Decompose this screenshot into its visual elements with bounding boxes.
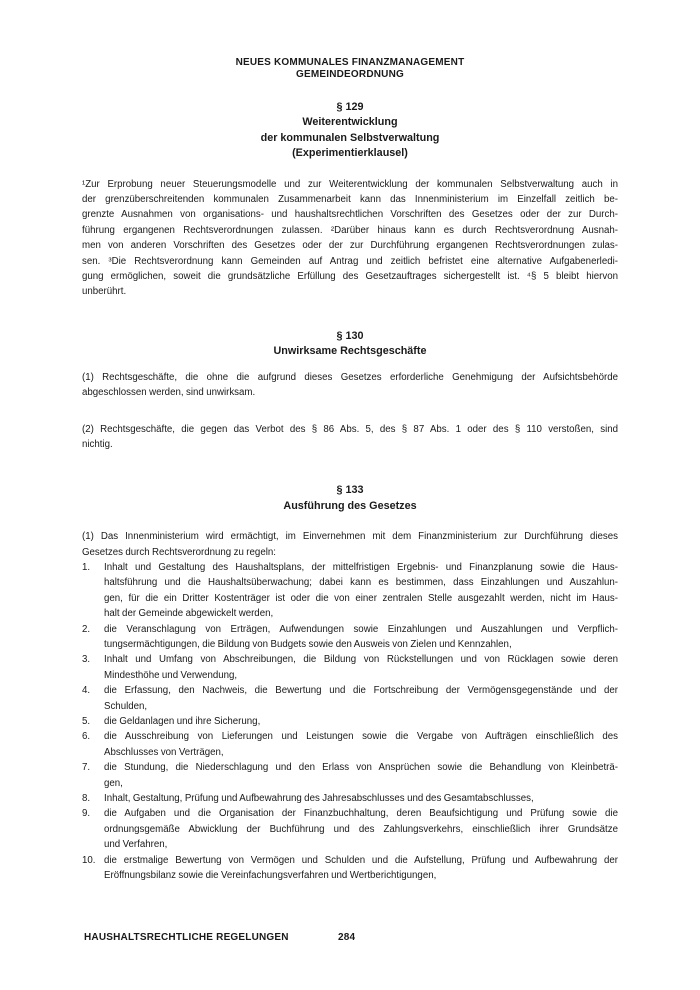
list-item-line: die Stundung, die Niederschlagung und de… [104,760,618,775]
list-item-line: gen, [104,776,618,791]
section-129-paragraph: ¹Zur Erprobung neuer Steuerungsmodelle u… [82,177,618,300]
paragraph-line: ¹Zur Erprobung neuer Steuerungsmodelle u… [82,177,618,192]
list-item: 10. die erstmalige Bewertung von Vermöge… [82,853,618,884]
section-133-list: 1. Inhalt und Gestaltung des Haushaltspl… [82,560,618,884]
list-item-line: die Aufgaben und die Organisation der Fi… [104,806,618,821]
list-item-line: halt der Gemeinde abgewickelt werden, [104,606,618,621]
list-item-number: 10. [82,853,104,884]
section-title-line: Weiterentwicklung [82,115,618,130]
section-129-heading: § 129 Weiterentwicklung der kommunalen S… [82,100,618,162]
document-header: NEUES KOMMUNALES FINANZMANAGEMENT GEMEIN… [82,57,618,80]
paragraph-line: führung ergangenen Rechtsverordnungen zu… [82,223,618,238]
list-item-line: die erstmalige Bewertung von Vermögen un… [104,853,618,868]
list-item-number: 5. [82,714,104,729]
footer-title: HAUSHALTSRECHTLICHE REGELUNGEN [84,932,289,943]
paragraph-line: (1) Das Innenministerium wird ermächtigt… [82,529,618,544]
list-item-line: Schulden, [104,699,618,714]
section-133-heading: § 133 Ausführung des Gesetzes [82,483,618,514]
section-title-line: Ausführung des Gesetzes [82,499,618,514]
list-item: 1. Inhalt und Gestaltung des Haushaltspl… [82,560,618,622]
paragraph-line: (2) Rechtsgeschäfte, die gegen das Verbo… [82,422,618,437]
list-item-line: Abschlusses von Verträgen, [104,745,618,760]
list-item-line: die Veranschlagung von Erträgen, Aufwend… [104,622,618,637]
list-item-number: 1. [82,560,104,622]
list-item-number: 6. [82,729,104,760]
list-item-line: Eröffnungsbilanz sowie die Vereinfachung… [104,868,618,883]
list-item-number: 8. [82,791,104,806]
section-title-line: Unwirksame Rechtsgeschäfte [82,344,618,359]
list-item-line: Inhalt und Umfang von Abschreibungen, di… [104,652,618,667]
section-title-line: (Experimentierklausel) [82,146,618,161]
list-item: 3. Inhalt und Umfang von Abschreibungen,… [82,652,618,683]
paragraph-line: der grenzüberschreitenden kommunalen Zus… [82,192,618,207]
paragraph-line: sen. ³Die Rechtsverordnung kann Gemeinde… [82,254,618,269]
list-item-number: 3. [82,652,104,683]
paragraph-line: (1) Rechtsgeschäfte, die ohne die aufgru… [82,370,618,385]
paragraph-line: nichtig. [82,437,618,452]
document-footer: HAUSHALTSRECHTLICHE REGELUNGEN 284 [84,932,620,943]
list-item-line: ordnungsgemäße Abwicklung der Buchführun… [104,822,618,837]
document-page: NEUES KOMMUNALES FINANZMANAGEMENT GEMEIN… [0,0,700,990]
section-130-abs-2: (2) Rechtsgeschäfte, die gegen das Verbo… [82,422,618,453]
list-item-line: tungsermächtigungen, die Bildung von Bud… [104,637,618,652]
list-item: 8. Inhalt, Gestaltung, Prüfung und Aufbe… [82,791,618,806]
list-item-line: die Ausschreibung von Lieferungen und Le… [104,729,618,744]
list-item-line: die Erfassung, den Nachweis, die Bewertu… [104,683,618,698]
list-item: 7. die Stundung, die Niederschlagung und… [82,760,618,791]
list-item-line: die Geldanlagen und ihre Sicherung, [104,714,618,729]
list-item-number: 2. [82,622,104,653]
list-item-number: 9. [82,806,104,852]
list-item-line: Mindesthöhe und Verwendung, [104,668,618,683]
section-number: § 130 [82,329,618,344]
paragraph-line: unberührt. [82,284,618,299]
paragraph-line: grenzte Ausnahmen von organisations- und… [82,207,618,222]
list-item: 6. die Ausschreibung von Lieferungen und… [82,729,618,760]
list-item-line: gen, für die ein Dritter Kostenträger is… [104,591,618,606]
list-item: 9. die Aufgaben und die Organisation der… [82,806,618,852]
list-item-number: 4. [82,683,104,714]
section-number: § 129 [82,100,618,115]
paragraph-line: Gesetzes durch Rechtsverordnung zu regel… [82,545,618,560]
paragraph-line: gung ermöglichen, soweit die grundsätzli… [82,269,618,284]
header-line-2: GEMEINDEORDNUNG [82,69,618,81]
section-130-abs-1: (1) Rechtsgeschäfte, die ohne die aufgru… [82,370,618,401]
page-number: 284 [338,932,355,943]
header-line-1: NEUES KOMMUNALES FINANZMANAGEMENT [82,57,618,69]
list-item-line: Inhalt und Gestaltung des Haushaltsplans… [104,560,618,575]
list-item: 4. die Erfassung, den Nachweis, die Bewe… [82,683,618,714]
section-number: § 133 [82,483,618,498]
list-item-line: und Verfahren, [104,837,618,852]
list-item-line: haltsführung und die Haushaltsüberwachun… [104,575,618,590]
list-item: 2. die Veranschlagung von Erträgen, Aufw… [82,622,618,653]
section-133-intro: (1) Das Innenministerium wird ermächtigt… [82,529,618,560]
section-title-line: der kommunalen Selbstverwaltung [82,131,618,146]
paragraph-line: men von anderen Vorschriften des Gesetze… [82,238,618,253]
list-item-line: Inhalt, Gestaltung, Prüfung und Aufbewah… [104,791,618,806]
section-130-heading: § 130 Unwirksame Rechtsgeschäfte [82,329,618,360]
list-item: 5. die Geldanlagen und ihre Sicherung, [82,714,618,729]
paragraph-line: abgeschlossen werden, sind unwirksam. [82,385,618,400]
list-item-number: 7. [82,760,104,791]
